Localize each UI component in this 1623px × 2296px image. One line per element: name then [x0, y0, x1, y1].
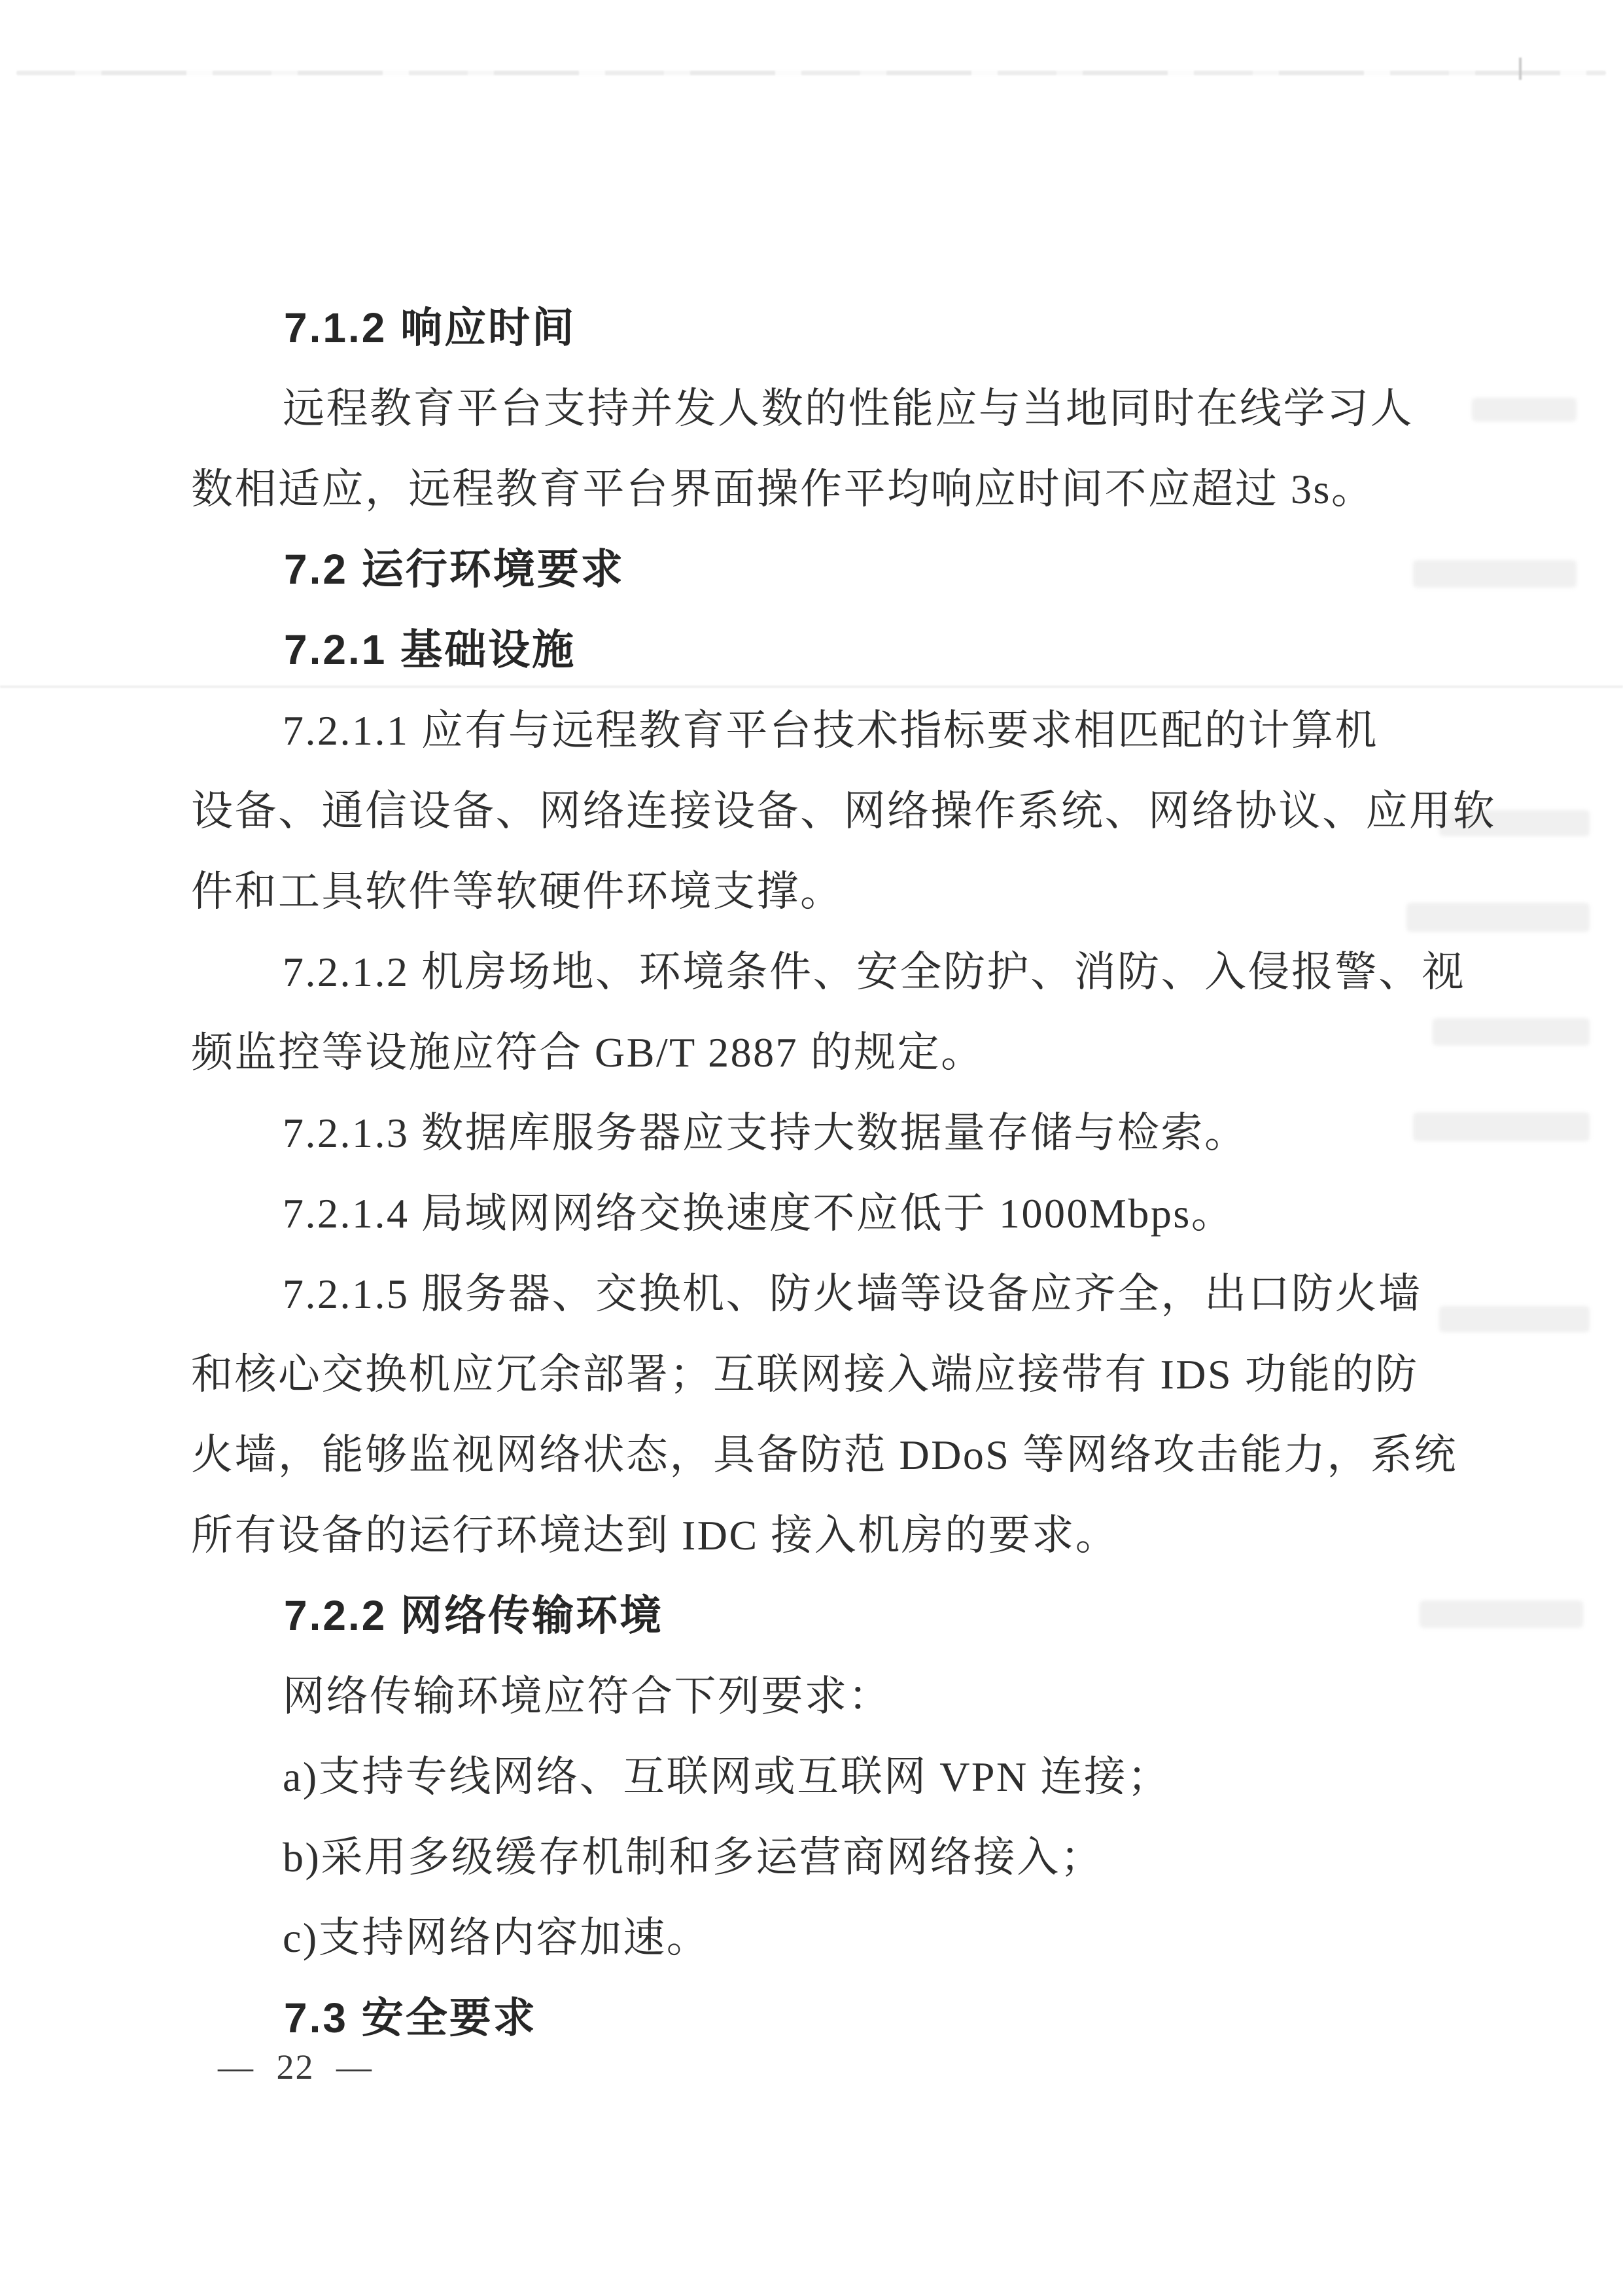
text-line: 件和工具软件等软硬件环境支撑。 [191, 851, 1437, 932]
section-heading: 7.2 运行环境要求 [191, 529, 1437, 610]
text-line: 7.2.1.1 应有与远程教育平台技术指标要求相匹配的计算机 [191, 690, 1437, 771]
scan-artifact-tick [1519, 58, 1522, 80]
scan-artifact-ghost-text [1472, 398, 1577, 421]
scan-artifact-ghost-text [1433, 1018, 1590, 1046]
document-page: 7.1.2 响应时间远程教育平台支持并发人数的性能应与当地同时在线学习人数相适应… [0, 0, 1623, 2296]
text-line: b)采用多级缓存机制和多运营商网络接入； [191, 1817, 1437, 1898]
document-content: 7.1.2 响应时间远程教育平台支持并发人数的性能应与当地同时在线学习人数相适应… [191, 288, 1437, 2058]
text-line: 7.2.1.5 服务器、交换机、防火墙等设备应齐全，出口防火墙 [191, 1254, 1437, 1334]
section-heading: 7.2.2 网络传输环境 [191, 1576, 1437, 1656]
text-line: 数相适应，远程教育平台界面操作平均响应时间不应超过 3s。 [191, 449, 1437, 529]
text-line: 频监控等设施应符合 GB/T 2887 的规定。 [191, 1012, 1437, 1093]
scan-artifact-ghost-text [1413, 560, 1577, 588]
scan-artifact-ghost-text [1413, 1112, 1590, 1141]
page-number: — 22 — [218, 2047, 373, 2087]
text-line: 7.2.1.2 机房场地、环境条件、安全防护、消防、入侵报警、视 [191, 932, 1437, 1012]
text-line: 远程教育平台支持并发人数的性能应与当地同时在线学习人 [191, 368, 1437, 449]
scan-artifact-ghost-text [1420, 1600, 1583, 1628]
section-heading: 7.3 安全要求 [191, 1978, 1437, 2058]
section-heading: 7.1.2 响应时间 [191, 288, 1437, 368]
text-line: 7.2.1.3 数据库服务器应支持大数据量存储与检索。 [191, 1093, 1437, 1173]
section-heading: 7.2.1 基础设施 [191, 610, 1437, 690]
text-line: a)支持专线网络、互联网或互联网 VPN 连接； [191, 1737, 1437, 1817]
scan-artifact-ghost-text [1439, 1306, 1590, 1332]
text-line: 设备、通信设备、网络连接设备、网络操作系统、网络协议、应用软 [191, 771, 1437, 851]
text-line: 和核心交换机应冗余部署；互联网接入端应接带有 IDS 功能的防 [191, 1334, 1437, 1415]
text-line: 7.2.1.4 局域网网络交换速度不应低于 1000Mbps。 [191, 1173, 1437, 1254]
scan-artifact-top-streak [16, 71, 1606, 75]
text-line: 所有设备的运行环境达到 IDC 接入机房的要求。 [191, 1495, 1437, 1576]
text-line: 火墙，能够监视网络状态，具备防范 DDoS 等网络攻击能力，系统 [191, 1415, 1437, 1495]
text-line: 网络传输环境应符合下列要求： [191, 1656, 1437, 1737]
text-line: c)支持网络内容加速。 [191, 1898, 1437, 1978]
